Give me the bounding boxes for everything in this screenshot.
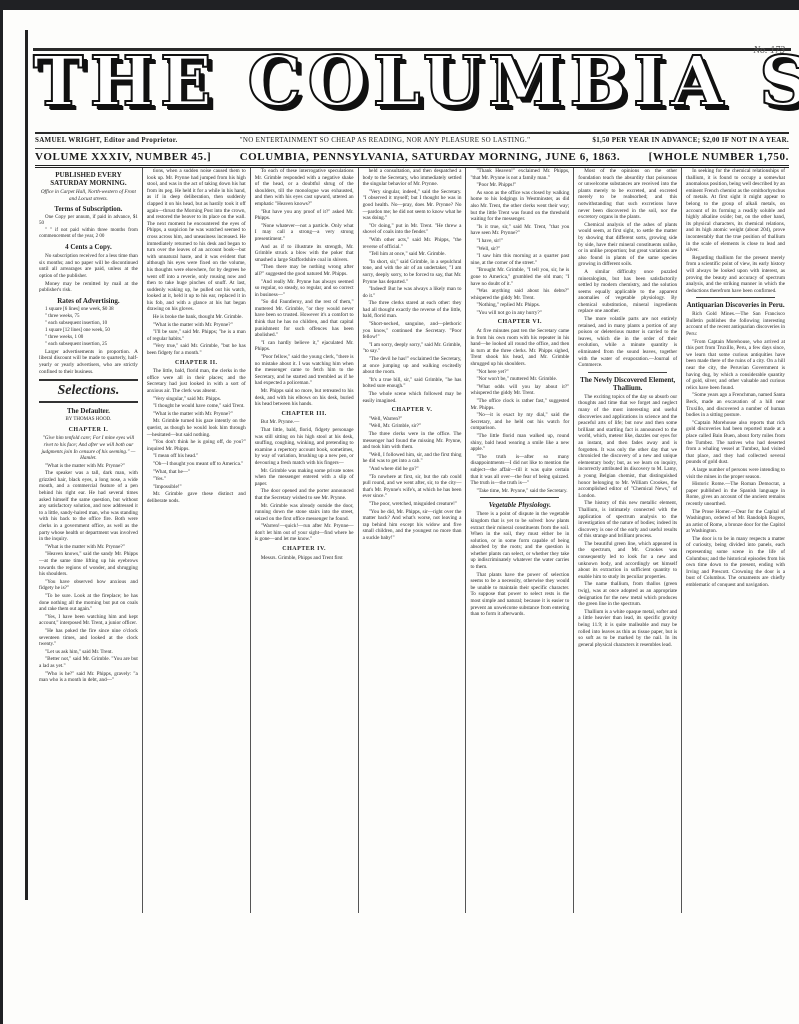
- paragraph: 1 square [6 lines] one week, $0 38: [39, 307, 138, 313]
- divider: [588, 372, 667, 373]
- chapter-intro: But Mr. Prynne.—: [255, 419, 354, 426]
- paragraph: Mr. Grimble was making some private note…: [255, 468, 354, 488]
- paragraph: The name thallium, from thallos (green t…: [578, 581, 677, 607]
- volume-bar: VOLUME XXXIV, NUMBER 45.] COLUMBIA, PENN…: [35, 148, 789, 168]
- thallium-heading: The Newly Discovered Element, Thallium.: [578, 376, 677, 392]
- paragraph: The beautiful green line, which appeared…: [578, 541, 677, 581]
- divider: [480, 497, 559, 498]
- paragraph: "The truth is—after so many disappointme…: [470, 454, 569, 487]
- column-4: held a consultation, and then despatched…: [359, 168, 467, 913]
- paragraph: "I'll be sure," said Mr. Phipps; "he is …: [147, 329, 246, 342]
- paragraph: That plants have the power of selection …: [470, 572, 569, 618]
- paragraph: "Warren!—quick!—run after Mr. Prynne—don…: [255, 523, 354, 543]
- paragraph: "From Captain Morehouse, who arrived at …: [686, 339, 785, 392]
- paragraph: "Then there may be nothing wrong after a…: [255, 264, 354, 277]
- vegetable-physiology-heading: Vegetable Physiology.: [470, 501, 569, 509]
- paragraph: That little, bald, florid, fidgety perso…: [255, 427, 354, 467]
- paragraph: A large number of persons were intending…: [686, 467, 785, 480]
- column-6-body-2: The exciting topics of the day so absorb…: [578, 394, 677, 649]
- terms-list: One Copy per annum, if paid in advance, …: [39, 215, 138, 240]
- paragraph: The little, bald, florid man, the clerks…: [147, 368, 246, 394]
- paragraph: One Copy per annum, if paid in advance, …: [39, 215, 138, 227]
- place-date: COLUMBIA, PENNSYLVANIA, SATURDAY MORNING…: [240, 151, 621, 163]
- paragraph: "Heaven knows," said the sandy Mr. Phipp…: [39, 551, 138, 577]
- paragraph: "What is the matter with Mr. Prynne?": [147, 322, 246, 329]
- paragraph: held a consultation, and then despatched…: [363, 168, 462, 188]
- paragraph: "To nowhere at first, sir, but the cab c…: [363, 474, 462, 500]
- paragraph: The exciting topics of the day so absorb…: [578, 394, 677, 500]
- column-2-body: tions, when a sudden noise caused them t…: [147, 168, 246, 357]
- published-heading: PUBLISHED EVERY SATURDAY MORNING.: [39, 171, 138, 187]
- paragraph: The three clerks were in the office. The…: [363, 431, 462, 451]
- chapter-heading: CHAPTER V.: [363, 407, 462, 414]
- office-note: Office in Carpet Hall, North-western of …: [39, 189, 138, 202]
- paragraph: He is broke the bank, thought Mr. Grimbl…: [147, 314, 246, 321]
- whole-number: [WHOLE NUMBER 1,750.: [649, 151, 789, 163]
- paragraph: "What is the matter with Mr. Prynne?": [147, 411, 246, 418]
- cents-text: No subscription received for a less time…: [39, 253, 138, 279]
- paragraph: "Short-necked, sanguine, and—plethoric y…: [363, 321, 462, 341]
- paragraph: 1 square [12 lines] one week, 50: [39, 328, 138, 334]
- paragraph: "Who is he?" said Mr. Phipps, gravely: "…: [39, 671, 138, 684]
- paragraph: "Well, Mr. Grimble, sir?": [363, 423, 462, 430]
- chapter-heading: CHAPTER II.: [147, 360, 246, 367]
- paragraph: "Captain Morehouse also reports that ric…: [686, 420, 785, 466]
- paragraph: Mr. Grimble gave these distinct and deli…: [147, 491, 246, 504]
- paragraph: "The office clock is rather fast," sugge…: [470, 398, 569, 411]
- paragraph: "Yes.": [147, 476, 246, 483]
- chapter-heading: CHAPTER IV.: [255, 546, 354, 553]
- paragraph: Rich Gold Mines.—The San Francisco Bulle…: [686, 311, 785, 337]
- paragraph: Most of the opinions on the other founda…: [578, 168, 677, 221]
- paragraph: Mr. Phipps said no more, but retreated t…: [255, 388, 354, 408]
- cents-heading: 4 Cents a Copy.: [39, 243, 138, 251]
- paragraph: In seeking for the chemical relationship…: [686, 168, 785, 254]
- paragraph: "Some years ago a Frenchman, named Santa…: [686, 392, 785, 418]
- motto: "NO ENTERTAINMENT SO CHEAP AS READING, N…: [240, 136, 531, 144]
- paragraph: tions, when a sudden noise caused them t…: [147, 168, 246, 313]
- chapter-heading: CHAPTER III.: [255, 411, 354, 418]
- paragraph: The door is to be in many respects a mat…: [686, 536, 785, 589]
- paragraph: "Well, I followed him, sir, and the firs…: [363, 452, 462, 465]
- paragraph: "Nothing," replied Mr. Phipps.: [470, 302, 569, 309]
- column-7-body: In seeking for the chemical relationship…: [686, 168, 785, 294]
- paragraph: "Very singular," said Mr. Phipps.: [147, 396, 246, 403]
- paragraph: "And where did he go?": [363, 466, 462, 473]
- paragraph: " each subsequent insertion, 10: [39, 321, 138, 327]
- paragraph: "Well, Warren?": [363, 416, 462, 423]
- paragraph: "And really Mr. Prynne has always seemed…: [255, 279, 354, 299]
- subscription-price: $1,50 PER YEAR IN ADVANCE; $2,00 IF NOT …: [592, 136, 789, 144]
- paragraph: "I saw him this morning at a quarter pas…: [470, 253, 569, 266]
- paragraph: The speaker was a tall, dark man, with g…: [39, 470, 138, 543]
- rates-list: 1 square [6 lines] one week, $0 38" thre…: [39, 307, 138, 348]
- rates-heading: Rates of Advertising.: [39, 297, 138, 305]
- paragraph: "Oh—I thought you meant off to America.": [147, 461, 246, 468]
- paragraph: " each subsequent insertion, 25: [39, 342, 138, 348]
- column-1-body: "What is the matter with Mr. Prynne?"The…: [39, 463, 138, 684]
- paragraph: "I thought he would have come," said Tre…: [147, 403, 246, 410]
- chapter-intro: Messrs. Grimble, Phipps and Trent first: [255, 555, 354, 562]
- paragraph: "No—it is exact by my dial," said the Se…: [470, 412, 569, 432]
- paragraph: "The poor, wretched, misguided creature!…: [363, 501, 462, 508]
- paragraph: "Thank Heaven!" exclaimed Mr. Phipps, "t…: [470, 168, 569, 181]
- paragraph: Mr. Grimble turned his gaze intently on …: [147, 418, 246, 438]
- paragraph: As soon as the office was closed by walk…: [470, 190, 569, 223]
- story-title: The Defaulter.: [39, 407, 138, 415]
- column-1: PUBLISHED EVERY SATURDAY MORNING. Office…: [35, 168, 143, 913]
- column-6-body: Most of the opinions on the other founda…: [578, 168, 677, 369]
- paragraph: "Is it true, sir," said Mr. Trent, "that…: [470, 224, 569, 237]
- chapter-heading: CHAPTER I.: [39, 427, 138, 434]
- paragraph: The door opened and the porter announced…: [255, 488, 354, 501]
- column-2-body-2: The little, bald, florid man, the clerks…: [147, 368, 246, 504]
- story-byline: BY THOMAS HOOD.: [39, 417, 138, 424]
- paragraph: "Yes, I have been watching him and kept …: [39, 614, 138, 627]
- money-note: Money may be remitted by mail at the pub…: [39, 281, 138, 294]
- paragraph: "The devil he has!" exclaimed the Secret…: [363, 356, 462, 376]
- paragraph: "Or doing," put in Mr. Trent. "He threw …: [363, 223, 462, 236]
- info-bar: SAMUEL WRIGHT, Editor and Proprietor. "N…: [35, 132, 789, 146]
- paragraph: "To be sure. Look at the fireplace; he h…: [39, 593, 138, 613]
- column-3: To each of these interrogative speculati…: [251, 168, 359, 913]
- paragraph: "Brought Mr. Grimble, "I tell you, sir, …: [470, 267, 569, 287]
- epigraph: "Give him tenfold care; For I mine eyes …: [39, 435, 138, 461]
- paragraph: At five minutes past ten the Secretary c…: [470, 328, 569, 368]
- volume-number: VOLUME XXXIV, NUMBER 45.]: [35, 151, 211, 163]
- paragraph: "Better not," said Mr. Grimble. "You are…: [39, 656, 138, 669]
- paragraph: "Take time, Mr. Prynne," said the Secret…: [470, 488, 569, 495]
- paragraph: The more volatile parts are not entirely…: [578, 316, 677, 369]
- paragraph: " " if not paid within three months from…: [39, 228, 138, 240]
- editor-line: SAMUEL WRIGHT, Editor and Proprietor.: [35, 136, 178, 144]
- page-edge-rule: [25, 30, 28, 900]
- paragraph: Regarding thallium for the present merel…: [686, 255, 785, 295]
- paragraph: "So did Fauntleroy, and the rest of them…: [255, 299, 354, 339]
- paragraph: "What is the matter with Mr. Prynne?": [39, 544, 138, 551]
- paragraph: "I mean off his head.": [147, 453, 246, 460]
- paragraph: "I can hardly believe it," ejaculated Mr…: [255, 340, 354, 353]
- paragraph: " three weeks, 1 00: [39, 335, 138, 341]
- column-7: In seeking for the chemical relationship…: [682, 168, 789, 913]
- column-7-body-2: Rich Gold Mines.—The San Francisco Bulle…: [686, 311, 785, 588]
- paragraph: And as if to illustrate its strength, Mr…: [255, 244, 354, 264]
- rates-note: Larger advertisements in proportion. A l…: [39, 349, 138, 375]
- column-3-body: To each of these interrogative speculati…: [255, 168, 354, 408]
- column-5-body-2: At five minutes past ten the Secretary c…: [470, 328, 569, 494]
- paragraph: "Indeed! But he was always a likely man …: [363, 286, 462, 299]
- paragraph: "Tell him at once," said Mr. Grimble.: [363, 251, 462, 258]
- paragraph: Historic Rome.—The Roman Democrat, a pap…: [686, 481, 785, 507]
- paragraph: " three weeks, 75: [39, 314, 138, 320]
- paragraph: "You be did, Mr. Phipps, sir—right over …: [363, 509, 462, 542]
- paragraph: "You have observed how anxious and fidge…: [39, 579, 138, 592]
- column-4-body-2: "Well, Warren?""Well, Mr. Grimble, sir?"…: [363, 416, 462, 542]
- divider: [696, 297, 775, 298]
- paragraph: There is a point of dispute in the veget…: [470, 511, 569, 570]
- paragraph: "What odds will you lay about it?" whisp…: [470, 384, 569, 397]
- paragraph: "Very singular, indeed," said the Secret…: [363, 189, 462, 222]
- paragraph: "Well, sir?": [470, 246, 569, 253]
- paragraph: "But have you any proof of it?" asked Mr…: [255, 209, 354, 222]
- column-5-body-3: There is a point of dispute in the veget…: [470, 511, 569, 618]
- selections-heading: Selections.: [39, 379, 138, 403]
- column-5-body: "Thank Heaven!" exclaimed Mr. Phipps, "t…: [470, 168, 569, 316]
- paragraph: "Let us ask him," said Mr. Trent.: [39, 649, 138, 656]
- paragraph: Mr. Grimble was already outside the door…: [255, 503, 354, 523]
- paragraph: "I have, sir!": [470, 238, 569, 245]
- paragraph: "What is the matter with Mr. Prynne?": [39, 463, 138, 470]
- paragraph: The whole scene which followed may be ea…: [363, 391, 462, 404]
- paragraph: "I am sorry, deeply sorry," said Mr. Gri…: [363, 342, 462, 355]
- paragraph: "Nor won't be," muttered Mr. Grimble.: [470, 376, 569, 383]
- column-4-body: held a consultation, and then despatched…: [363, 168, 462, 404]
- paragraph: "Poor fellow," said the young clerk, "th…: [255, 354, 354, 387]
- paragraph: "With other acts," said Mr. Phipps, "the…: [363, 237, 462, 250]
- paragraph: "Not here yet?": [470, 369, 569, 376]
- paragraph: A similar difficulty once puzzled minera…: [578, 269, 677, 315]
- paragraph: The history of this new metallic element…: [578, 500, 677, 540]
- paragraph: "Poor Mr. Phipps!": [470, 182, 569, 189]
- column-6: Most of the opinions on the other founda…: [574, 168, 682, 913]
- paragraph: "Impossible!": [147, 484, 246, 491]
- paragraph: "None whatever—not a particle. Only what…: [255, 223, 354, 243]
- paragraph: "You don't think he is going off, do you…: [147, 439, 246, 452]
- paragraph: The three clerks stared at each other: t…: [363, 300, 462, 320]
- paragraph: "What, that he—": [147, 469, 246, 476]
- chapter-heading: CHAPTER VI.: [470, 319, 569, 326]
- paragraph: "It's a true bill, sir," said Grimble, "…: [363, 377, 462, 390]
- paragraph: "In short, sir," said Grimble, in a sepu…: [363, 259, 462, 285]
- paragraph: "Was anything said about his debts?" whi…: [470, 288, 569, 301]
- paragraph: Thallium is a white opaque metal, softer…: [578, 609, 677, 649]
- newspaper-page: No. 173 THE COLUMBIA SPY. SAMUEL WRIGHT,…: [3, 10, 799, 1024]
- paragraph: Chemical analysis of the ashes of plants…: [578, 222, 677, 268]
- column-2: tions, when a sudden noise caused them t…: [143, 168, 251, 913]
- article-columns: PUBLISHED EVERY SATURDAY MORNING. Office…: [35, 168, 789, 913]
- paragraph: The Prose Homer.—Dear for the Capital of…: [686, 509, 785, 535]
- paragraph: "He has poked the fire since nine o'cloc…: [39, 628, 138, 648]
- column-5: "Thank Heaven!" exclaimed Mr. Phipps, "t…: [466, 168, 574, 913]
- paragraph: To each of these interrogative speculati…: [255, 168, 354, 208]
- column-3-body-2: That little, bald, florid, fidgety perso…: [255, 427, 354, 543]
- masthead-title: THE COLUMBIA SPY.: [33, 50, 789, 115]
- antiquarian-heading: Antiquarian Discoveries in Peru.: [686, 301, 785, 309]
- paragraph: "The little florid man walked up, round …: [470, 433, 569, 453]
- paragraph: "Very true," said Mr. Grimble, "but he h…: [147, 343, 246, 356]
- terms-heading: Terms of Subscription.: [39, 205, 138, 213]
- paragraph: "You will not go in any hurry?": [470, 310, 569, 317]
